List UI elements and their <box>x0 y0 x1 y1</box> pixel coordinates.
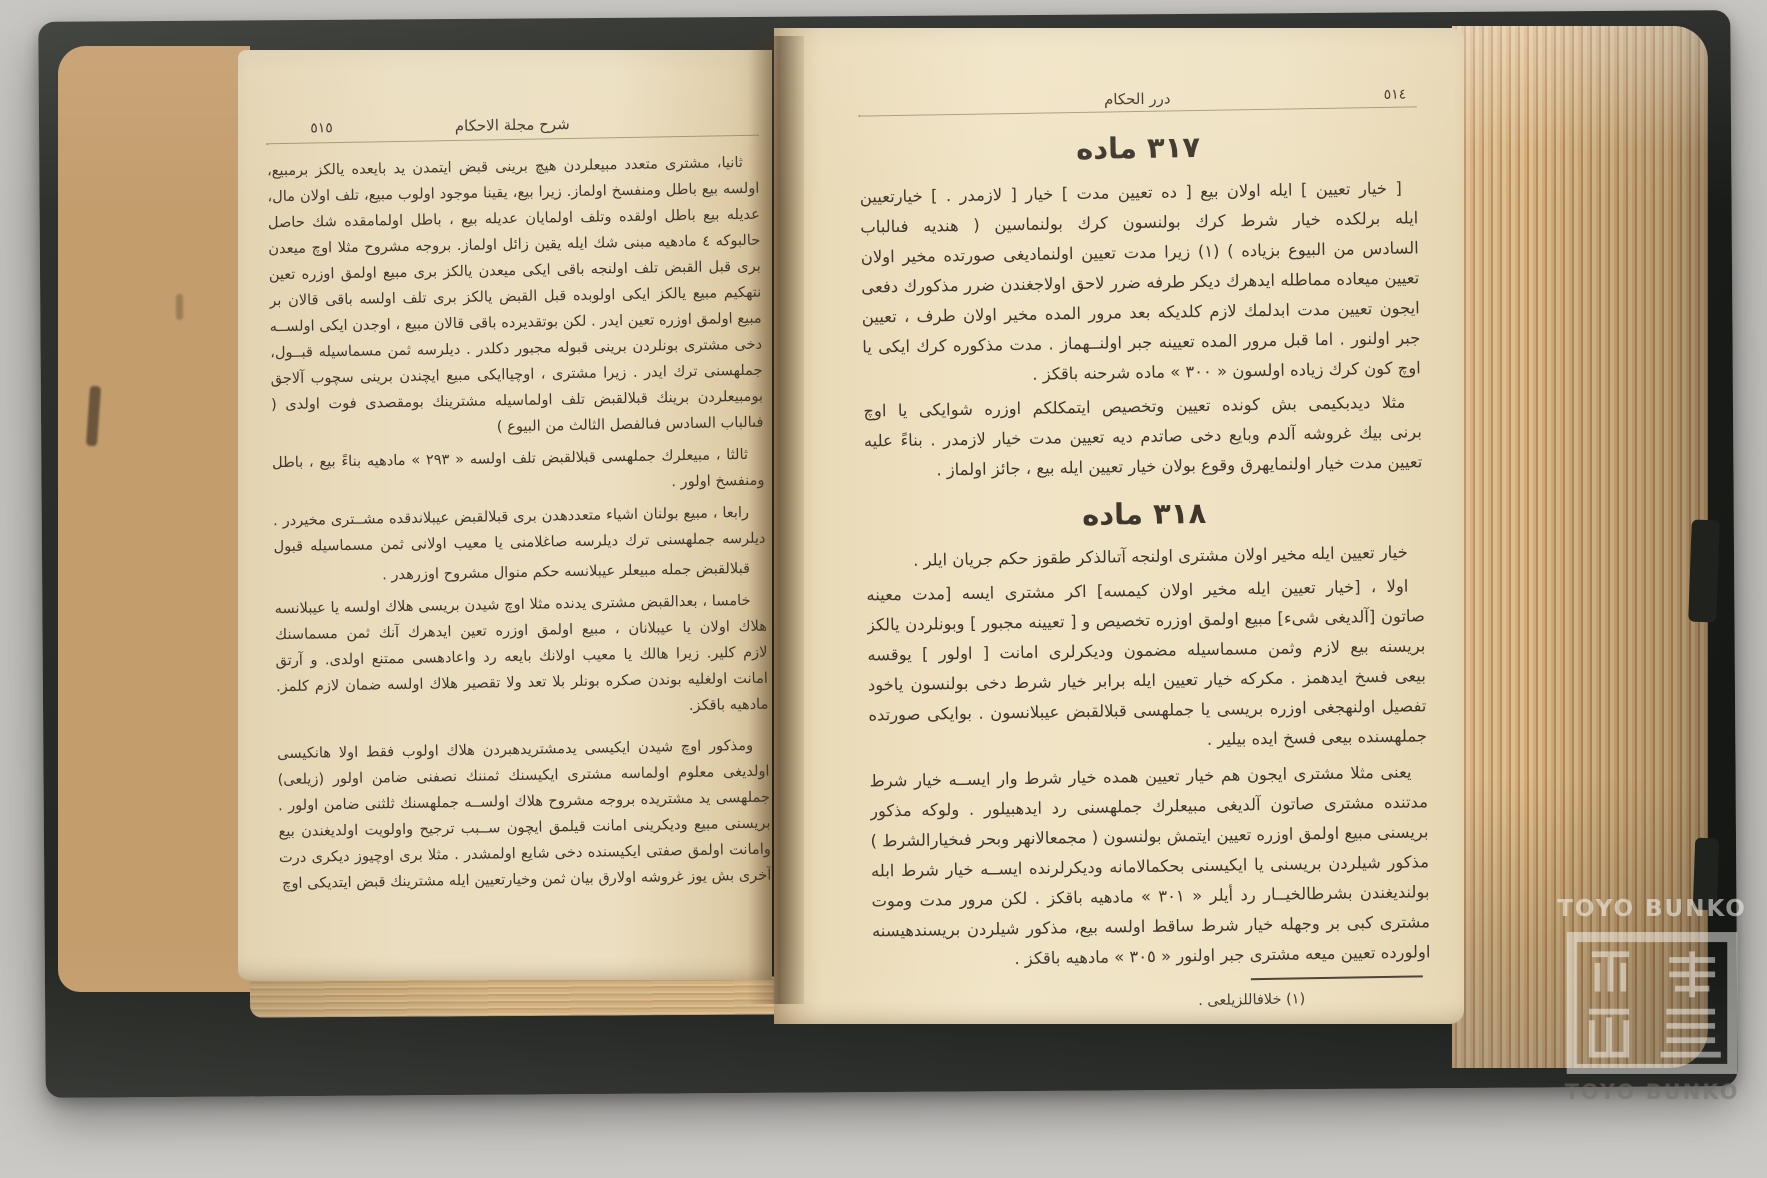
cover-edge-fragment <box>1688 520 1720 623</box>
toyo-bunko-seal-icon <box>1566 930 1738 1076</box>
left-page-number: ٥١٥ <box>310 115 333 141</box>
paragraph: يعنى مثلا مشترى ايجون هم خيار تعيين همده… <box>869 757 1430 976</box>
ink-smudge <box>176 294 183 320</box>
left-page-text: ٥١٥ شرح مجلة الاحكام ثانيا، مشترى متعدد … <box>266 108 772 897</box>
paragraph: قبلالقبض جمله مبيعلر عيبلانسه حكم منوال … <box>274 556 766 591</box>
right-page-number: ٥١٤ <box>1383 80 1406 110</box>
paragraph: رابعا ، مبيع بولنان اشياء متعددهدن برى ق… <box>273 500 766 561</box>
paragraph: خامسا ، بعدالقبض مشترى يدنده مثلا اوچ شي… <box>274 588 768 727</box>
article-317-heading: ٣١٧ ماده <box>859 121 1418 174</box>
footnote-rule <box>1251 975 1423 980</box>
paragraph: اولا ، [خيار تعيين ايله مخير اولان كيمسه… <box>866 571 1427 760</box>
article-318-heading: ٣١٨ ماده <box>865 487 1424 540</box>
paragraph: مثلا ديدبكيمى بش كونده تعيين وتخصيص ايتم… <box>863 387 1422 486</box>
text-line: قبلالقبض جمله مبيعلر عيبلانسه حكم منوال … <box>274 556 766 591</box>
watermark-text-bottom: TOYO BUNKO <box>1556 1080 1748 1100</box>
watermark-text: TOYO BUNKO <box>1556 896 1748 922</box>
toyo-bunko-watermark: TOYO BUNKO TOYO BUNKO <box>1556 896 1748 1100</box>
paragraph: ومذكور اوچ شيدن ايكيسى يدمشتريدهبردن هلا… <box>277 733 772 898</box>
paragraph: خيار تعيين ايله مخير اولان مشترى اولنجه … <box>866 537 1424 576</box>
right-page-text: ٥١٤ درر الحكام ٣١٧ ماده [ خيار تعيين ] ا… <box>858 79 1431 1021</box>
text-line: خيار تعيين ايله مخير اولان مشترى اولنجه … <box>866 537 1424 576</box>
paragraph: ثانيا، مشترى متعدد مبيعلردن هيچ برينى قب… <box>267 150 764 445</box>
paragraph: ثالثا ، مبيعلرك جملهسى قبلالقبض تلف اولس… <box>272 442 765 503</box>
book-photograph: ٥١٥ شرح مجلة الاحكام ثانيا، مشترى متعدد … <box>0 0 1767 1178</box>
paragraph: [ خيار تعيين ] ايله اولان بيع [ ده تعيين… <box>860 173 1421 392</box>
left-page-edges <box>58 46 250 992</box>
